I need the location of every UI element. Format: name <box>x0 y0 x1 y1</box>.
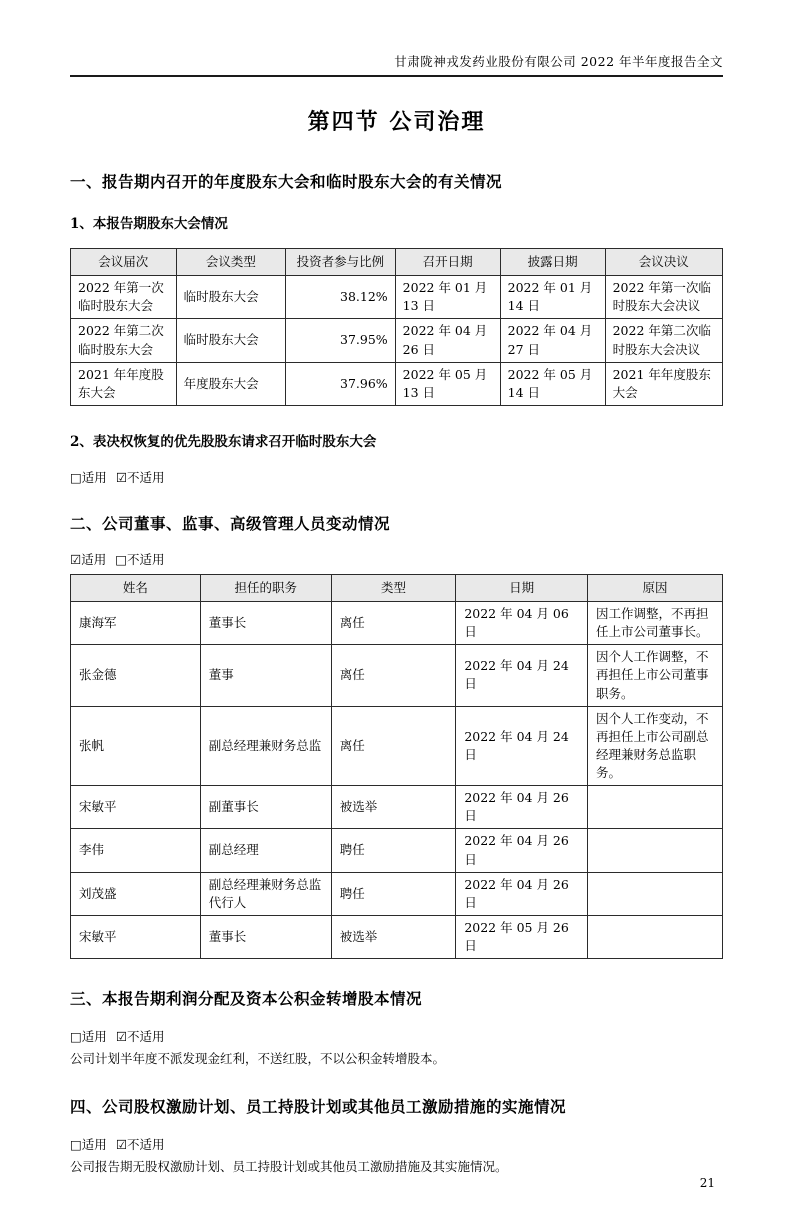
column-header: 姓名 <box>71 574 201 601</box>
checkbox-not-applicable: ☑不适用 <box>116 468 165 486</box>
position-cell: 副总经理兼财务总监 <box>200 706 331 786</box>
table-header-row: 会议届次 会议类型 投资者参与比例 召开日期 披露日期 会议决议 <box>71 249 723 276</box>
running-header: 甘肃陇神戎发药业股份有限公司 2022 年半年度报告全文 <box>70 52 723 75</box>
column-header: 类型 <box>331 574 456 601</box>
table-row: 康海军 董事长 离任 2022 年 04 月 06 日 因工作调整，不再担任上市… <box>71 602 723 645</box>
applicability-line: □适用 ☑不适用 <box>70 1135 723 1153</box>
person-name-cell: 宋敏平 <box>71 915 201 958</box>
applicability-line: □适用 ☑不适用 <box>70 468 723 486</box>
person-name-cell: 张帆 <box>71 706 201 786</box>
person-name-cell: 康海军 <box>71 602 201 645</box>
change-type-cell: 离任 <box>331 602 456 645</box>
person-name-cell: 刘茂盛 <box>71 872 201 915</box>
column-header: 会议决议 <box>605 249 722 276</box>
meeting-type-cell: 临时股东大会 <box>176 319 286 362</box>
checkbox-applicable: □适用 <box>70 1027 107 1045</box>
table-row: 张金德 董事 离任 2022 年 04 月 24 日 因个人工作调整，不再担任上… <box>71 645 723 706</box>
checkbox-applicable: ☑适用 <box>70 550 106 568</box>
table-header-row: 姓名 担任的职务 类型 日期 原因 <box>71 574 723 601</box>
meeting-session-cell: 2022 年第一次临时股东大会 <box>71 276 177 319</box>
section-4-heading: 四、公司股权激励计划、员工持股计划或其他员工激励措施的实施情况 <box>70 1095 723 1117</box>
convene-date-cell: 2022 年 05 月 13 日 <box>395 362 500 405</box>
column-header: 原因 <box>588 574 723 601</box>
table-row: 李伟 副总经理 聘任 2022 年 04 月 26 日 <box>71 829 723 872</box>
change-date-cell: 2022 年 04 月 26 日 <box>456 872 588 915</box>
change-date-cell: 2022 年 04 月 26 日 <box>456 786 588 829</box>
position-cell: 董事 <box>200 645 331 706</box>
disclosure-date-cell: 2022 年 01 月 14 日 <box>500 276 605 319</box>
checkbox-applicable: □适用 <box>70 468 107 486</box>
table-row: 2022 年第一次临时股东大会 临时股东大会 38.12% 2022 年 01 … <box>71 276 723 319</box>
applicability-line: ☑适用 □不适用 <box>70 550 723 568</box>
change-type-cell: 离任 <box>331 706 456 786</box>
meeting-session-cell: 2022 年第二次临时股东大会 <box>71 319 177 362</box>
applicability-line: □适用 ☑不适用 <box>70 1027 723 1045</box>
meeting-type-cell: 年度股东大会 <box>176 362 286 405</box>
change-type-cell: 聘任 <box>331 872 456 915</box>
change-type-cell: 聘任 <box>331 829 456 872</box>
reason-cell: 因个人工作变动，不再担任上市公司副总经理兼财务总监职务。 <box>588 706 723 786</box>
personnel-changes-table: 姓名 担任的职务 类型 日期 原因 康海军 董事长 离任 2022 年 04 月… <box>70 574 723 959</box>
checkbox-applicable: □适用 <box>70 1135 107 1153</box>
section-3-body: 公司计划半年度不派发现金红利，不送红股，不以公积金转增股本。 <box>70 1049 723 1068</box>
page-footer: 21 <box>70 1176 723 1190</box>
subsection-1-1-heading: 1、本报告期股东大会情况 <box>70 212 723 232</box>
reason-cell <box>588 872 723 915</box>
resolution-cell: 2022 年第二次临时股东大会决议 <box>605 319 722 362</box>
change-type-cell: 被选举 <box>331 786 456 829</box>
reason-cell: 因工作调整，不再担任上市公司董事长。 <box>588 602 723 645</box>
disclosure-date-cell: 2022 年 04 月 27 日 <box>500 319 605 362</box>
position-cell: 董事长 <box>200 915 331 958</box>
resolution-cell: 2022 年第一次临时股东大会决议 <box>605 276 722 319</box>
convene-date-cell: 2022 年 01 月 13 日 <box>395 276 500 319</box>
section-3-heading: 三、本报告期利润分配及资本公积金转增股本情况 <box>70 987 723 1009</box>
change-type-cell: 被选举 <box>331 915 456 958</box>
change-date-cell: 2022 年 05 月 26 日 <box>456 915 588 958</box>
reason-cell: 因个人工作调整，不再担任上市公司董事职务。 <box>588 645 723 706</box>
person-name-cell: 宋敏平 <box>71 786 201 829</box>
reason-cell <box>588 786 723 829</box>
subsection-1-2-heading: 2、表决权恢复的优先股股东请求召开临时股东大会 <box>70 430 723 450</box>
column-header: 投资者参与比例 <box>286 249 396 276</box>
change-date-cell: 2022 年 04 月 24 日 <box>456 706 588 786</box>
change-date-cell: 2022 年 04 月 06 日 <box>456 602 588 645</box>
reason-cell <box>588 829 723 872</box>
table-row: 张帆 副总经理兼财务总监 离任 2022 年 04 月 24 日 因个人工作变动… <box>71 706 723 786</box>
section-4-body: 公司报告期无股权激励计划、员工持股计划或其他员工激励措施及其实施情况。 <box>70 1157 723 1176</box>
change-date-cell: 2022 年 04 月 24 日 <box>456 645 588 706</box>
table-row: 宋敏平 董事长 被选举 2022 年 05 月 26 日 <box>71 915 723 958</box>
table-row: 2022 年第二次临时股东大会 临时股东大会 37.95% 2022 年 04 … <box>71 319 723 362</box>
header-divider <box>70 75 723 77</box>
page-title: 第四节 公司治理 <box>70 105 723 136</box>
checkbox-not-applicable: ☑不适用 <box>116 1027 165 1045</box>
meeting-session-cell: 2021 年年度股东大会 <box>71 362 177 405</box>
position-cell: 副总经理 <box>200 829 331 872</box>
section-2-heading: 二、公司董事、监事、高级管理人员变动情况 <box>70 512 723 534</box>
checkbox-not-applicable: □不适用 <box>115 550 164 568</box>
table-row: 2021 年年度股东大会 年度股东大会 37.96% 2022 年 05 月 1… <box>71 362 723 405</box>
position-cell: 副董事长 <box>200 786 331 829</box>
table-row: 刘茂盛 副总经理兼财务总监代行人 聘任 2022 年 04 月 26 日 <box>71 872 723 915</box>
column-header: 披露日期 <box>500 249 605 276</box>
column-header: 会议类型 <box>176 249 286 276</box>
change-date-cell: 2022 年 04 月 26 日 <box>456 829 588 872</box>
table-row: 宋敏平 副董事长 被选举 2022 年 04 月 26 日 <box>71 786 723 829</box>
resolution-cell: 2021 年年度股东大会 <box>605 362 722 405</box>
position-cell: 副总经理兼财务总监代行人 <box>200 872 331 915</box>
meeting-type-cell: 临时股东大会 <box>176 276 286 319</box>
column-header: 担任的职务 <box>200 574 331 601</box>
reason-cell <box>588 915 723 958</box>
person-name-cell: 张金德 <box>71 645 201 706</box>
checkbox-not-applicable: ☑不适用 <box>116 1135 165 1153</box>
column-header: 会议届次 <box>71 249 177 276</box>
section-1-heading: 一、报告期内召开的年度股东大会和临时股东大会的有关情况 <box>70 170 723 192</box>
report-page: 甘肃陇神戎发药业股份有限公司 2022 年半年度报告全文 第四节 公司治理 一、… <box>0 0 793 1228</box>
convene-date-cell: 2022 年 04 月 26 日 <box>395 319 500 362</box>
position-cell: 董事长 <box>200 602 331 645</box>
participation-ratio-cell: 37.96% <box>286 362 396 405</box>
participation-ratio-cell: 38.12% <box>286 276 396 319</box>
disclosure-date-cell: 2022 年 05 月 14 日 <box>500 362 605 405</box>
person-name-cell: 李伟 <box>71 829 201 872</box>
column-header: 召开日期 <box>395 249 500 276</box>
column-header: 日期 <box>456 574 588 601</box>
shareholder-meetings-table: 会议届次 会议类型 投资者参与比例 召开日期 披露日期 会议决议 2022 年第… <box>70 248 723 406</box>
change-type-cell: 离任 <box>331 645 456 706</box>
page-number: 21 <box>700 1176 715 1190</box>
participation-ratio-cell: 37.95% <box>286 319 396 362</box>
